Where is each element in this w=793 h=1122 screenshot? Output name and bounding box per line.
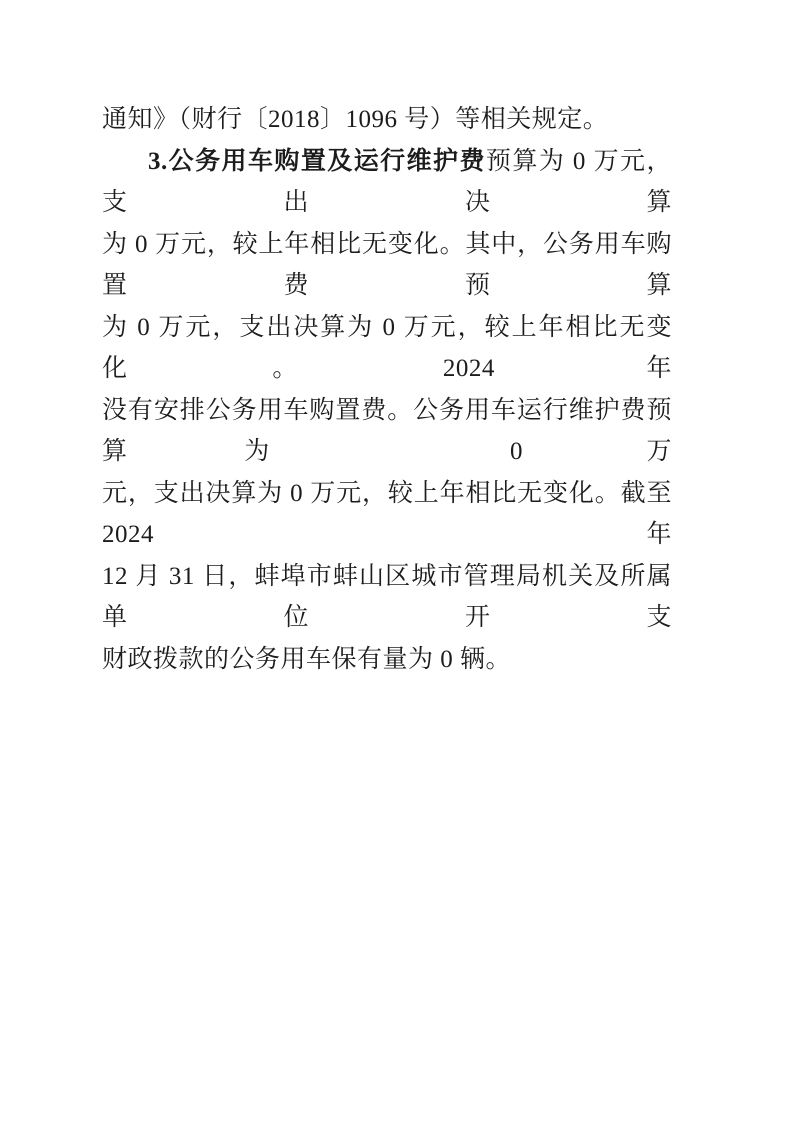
- section3-heading-bold: 3.公务用车购置及运行维护费: [148, 148, 486, 175]
- section3-body-line: 为 0 万元，较上年相比无变化。其中，公务用车购置费预算: [102, 224, 672, 307]
- section3-body-line: 为 0 万元，支出决算为 0 万元，较上年相比无变化。2024 年: [102, 307, 672, 390]
- section3-body-line: 元，支出决算为 0 万元，较上年相比无变化。截至 2024 年: [102, 473, 672, 556]
- section3-body-line: 没有安排公务用车购置费。公务用车运行维护费预算为 0 万: [102, 390, 672, 473]
- document-body: 通知》（财行〔2018〕1096 号）等相关规定。 3.公务用车购置及运行维护费…: [102, 99, 672, 680]
- section3-body-line: 12 月 31 日，蚌埠市蚌山区城市管理局机关及所属单位开支: [102, 556, 672, 639]
- document-page: 通知》（财行〔2018〕1096 号）等相关规定。 3.公务用车购置及运行维护费…: [0, 0, 793, 1122]
- paragraph-tail-line: 通知》（财行〔2018〕1096 号）等相关规定。: [102, 99, 672, 141]
- section3-last-line: 财政拨款的公务用车保有量为 0 辆。: [102, 639, 672, 681]
- section3-lead-line: 3.公务用车购置及运行维护费预算为 0 万元，支出决算: [102, 141, 672, 224]
